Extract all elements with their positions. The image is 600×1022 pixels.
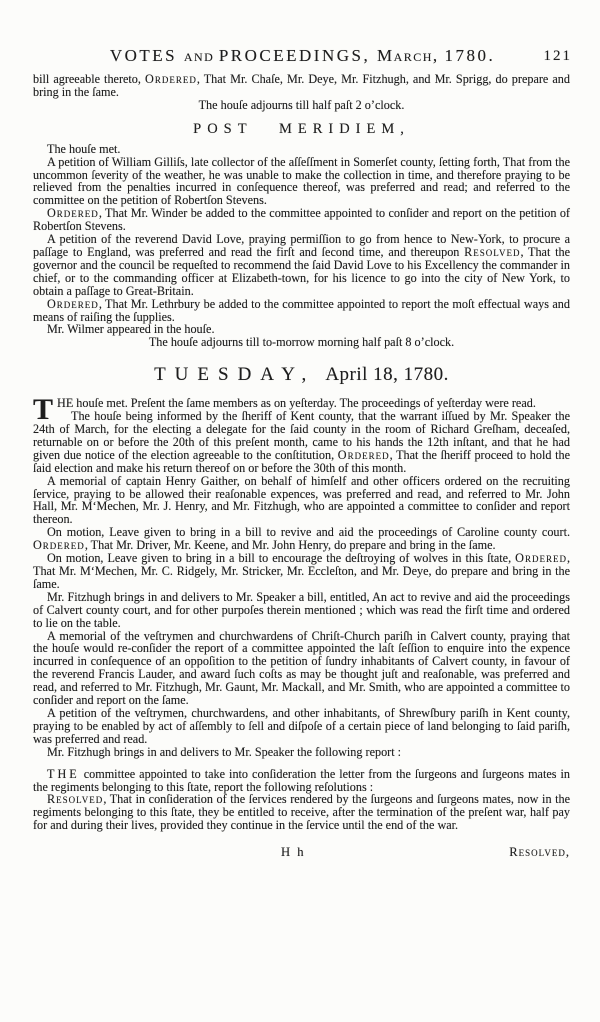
- text-run: , That in conſideration of the ſervices …: [33, 792, 570, 832]
- calvert-bill: Mr. Fitzhugh brings in and delivers to M…: [33, 591, 570, 630]
- catchword: Resolved,: [509, 845, 570, 860]
- adjournment-line-tomorrow: The houſe adjourns till to-morrow mornin…: [33, 336, 570, 349]
- page-header: VOTES and PROCEEDINGS, March, 1780. 121: [33, 46, 572, 66]
- adjournment-line-pm: The houſe adjourns till half paſt 2 o’cl…: [33, 99, 570, 112]
- text-run: On motion, Leave given to bring in a bil…: [47, 551, 515, 565]
- text-run: The houſe adjourns till to-morrow mornin…: [149, 335, 454, 349]
- caroline-court-motion: On motion, Leave given to bring in a bil…: [33, 526, 570, 552]
- page-footer: H h Resolved,: [33, 845, 570, 861]
- text-run: The houſe adjourns till half paſt 2 o’cl…: [199, 98, 405, 112]
- drop-cap-letter: T: [33, 397, 57, 421]
- kent-sheriff-paragraph: The houſe being informed by the ſheriff …: [33, 410, 570, 475]
- report-intro: Mr. Fitzhugh brings in and delivers to M…: [33, 746, 570, 759]
- small-caps-word: Ordered: [515, 551, 567, 565]
- small-caps-word: Ordered: [338, 448, 390, 462]
- signature-mark: H h: [281, 845, 306, 860]
- title-caps: VOTES: [110, 46, 184, 65]
- continuation-paragraph: bill agreeable thereto, Ordered, That Mr…: [33, 73, 570, 99]
- gilliss-petition: A petition of William Gilliſs, late coll…: [33, 156, 570, 208]
- title-caps: PROCEEDINGS,: [219, 46, 377, 65]
- text-run: The houſe met.: [47, 142, 120, 156]
- text-run: , That Mr. Winder be added to the commit…: [33, 206, 570, 233]
- winder-order: Ordered, That Mr. Winder be added to the…: [33, 207, 570, 233]
- small-caps-word: Ordered: [145, 72, 197, 86]
- text-run: A petition of William Gilliſs, late coll…: [33, 155, 570, 208]
- title-and: and: [184, 50, 219, 64]
- title-month: March,: [377, 46, 444, 65]
- committee-report: THE committee appointed to take into con…: [33, 768, 570, 794]
- page-number: 121: [544, 48, 573, 65]
- text-run: A memorial of captain Henry Gaither, on …: [33, 474, 570, 527]
- david-love-petition: A petition of the reverend David Love, p…: [33, 233, 570, 298]
- text-run: On motion, Leave given to bring in a bil…: [47, 525, 570, 539]
- page: VOTES and PROCEEDINGS, March, 1780. 121 …: [0, 0, 600, 1022]
- text-run: A petition of the veſtrymen, churchwarde…: [33, 706, 570, 746]
- text-run: committee appointed to take into conſide…: [33, 767, 570, 794]
- day-name: TUESDAY,: [154, 364, 315, 385]
- day-date: April 18, 1780.: [325, 364, 449, 385]
- text-run: , That Mr. Lethrbury be added to the com…: [33, 297, 570, 324]
- text-run: POST MERIDIEM,: [193, 121, 410, 137]
- text-run: Mr. Wilmer appeared in the houſe.: [47, 322, 215, 336]
- christ-church-memorial: A memorial of the veſtrymen and churchwa…: [33, 630, 570, 707]
- text-run: HE houſe met. Preſent the ſame members a…: [57, 396, 536, 410]
- document-body: bill agreeable thereto, Ordered, That Mr…: [33, 73, 570, 832]
- tuesday-heading: TUESDAY,April 18, 1780.: [33, 364, 570, 386]
- text-run: Mr. Fitzhugh brings in and delivers to M…: [47, 745, 401, 759]
- text-run: A memorial of the veſtrymen and churchwa…: [33, 629, 570, 708]
- small-caps-word: Ordered: [33, 538, 85, 552]
- header-title: VOTES and PROCEEDINGS, March, 1780.: [110, 48, 495, 65]
- spaced-caps-word: THE: [47, 767, 80, 781]
- post-meridiem-heading: POST MERIDIEM,: [33, 121, 570, 137]
- small-caps-word: Resolved: [464, 245, 520, 259]
- text-run: Mr. Fitzhugh brings in and delivers to M…: [33, 590, 570, 630]
- text-run: bill agreeable thereto,: [33, 72, 145, 86]
- resolved-paragraph: Resolved, That in conſideration of the ſ…: [33, 793, 570, 832]
- wolves-motion: On motion, Leave given to bring in a bil…: [33, 552, 570, 591]
- lethrbury-order: Ordered, That Mr. Lethrbury be added to …: [33, 298, 570, 324]
- title-caps: 1780.: [444, 46, 495, 65]
- shrewsbury-petition: A petition of the veſtrymen, churchwarde…: [33, 707, 570, 746]
- small-caps-word: Resolved: [47, 792, 103, 806]
- small-caps-word: Ordered: [47, 206, 99, 220]
- small-caps-word: Ordered: [47, 297, 99, 311]
- gaither-memorial: A memorial of captain Henry Gaither, on …: [33, 475, 570, 527]
- text-run: , That Mr. Driver, Mr. Keene, and Mr. Jo…: [85, 538, 496, 552]
